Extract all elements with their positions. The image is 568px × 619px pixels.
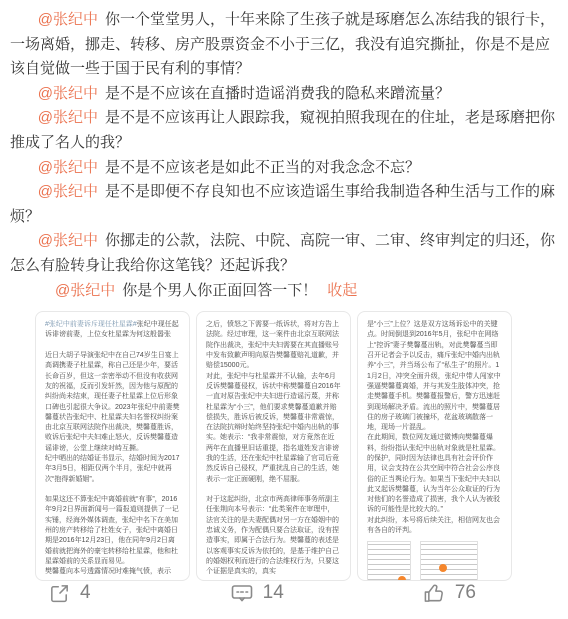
orange-logo-icon bbox=[439, 564, 447, 572]
like-count: 76 bbox=[455, 582, 476, 604]
paragraph-text: 是不是不应该在直播时造谣消费我的隐私来蹭流量？ bbox=[105, 85, 450, 102]
article-thumbnail-1[interactable]: #张纪中前妻诉斥现任杜星霖#张纪中现任起诉诽谤前妻，上位女杜星霖为何这般嚣张 近… bbox=[35, 311, 190, 581]
article-body: 近日大胡子导演张纪中在自己74岁生日宴上高调携妻子杜星霖，称自己还是少年，要活长… bbox=[45, 352, 180, 575]
share-icon bbox=[48, 582, 71, 605]
article-text: 之后，愤怒之下需要一纸诉状，将对方告上法院。经过审理，这一案件由北京互联网法院作… bbox=[206, 320, 341, 577]
paragraph-text: 你是个男人你正面回答一下！ bbox=[122, 282, 317, 299]
mention-link[interactable]: @张纪中 bbox=[38, 11, 98, 28]
like-button[interactable]: 76 bbox=[423, 582, 476, 605]
repost-button[interactable]: 4 bbox=[48, 582, 91, 605]
collapse-link[interactable]: 收起 bbox=[327, 282, 357, 299]
paragraph-text: 是不是不应该老是如此不正当的对我念念不忘？ bbox=[105, 159, 420, 176]
post-paragraph: @张纪中你挪走的公款，法院、中院、高院一审、二审、终审判定的归还，你怎么有脸转身… bbox=[10, 229, 558, 278]
article-text: #张纪中前妻诉斥现任杜星霖#张纪中现任起诉诽谤前妻，上位女杜星霖为何这般嚣张 近… bbox=[45, 320, 180, 577]
post-paragraph: @张纪中你是个男人你正面回答一下！收起 bbox=[10, 279, 558, 304]
mention-link[interactable]: @张纪中 bbox=[55, 282, 115, 299]
action-bar: 4 14 76 bbox=[0, 573, 568, 619]
comment-button[interactable]: 14 bbox=[230, 581, 284, 605]
hashtag-link: #张纪中前妻诉斥现任杜星霖# bbox=[45, 321, 137, 328]
mention-link[interactable]: @张纪中 bbox=[38, 85, 98, 102]
comment-icon bbox=[230, 581, 254, 605]
post-paragraph: @张纪中你一个堂堂男人，十年来除了生孩子就是琢磨怎么冻结我的银行卡，一场离婚，挪… bbox=[10, 8, 558, 82]
article-thumbnail-2[interactable]: 之后，愤怒之下需要一纸诉状，将对方告上法院。经过审理，这一案件由北京互联网法院作… bbox=[196, 311, 351, 581]
post-paragraph: @张纪中是不是不应该老是如此不正当的对我念念不忘？ bbox=[10, 156, 558, 181]
mention-link[interactable]: @张纪中 bbox=[38, 109, 98, 126]
post-text: @张纪中你一个堂堂男人，十年来除了生孩子就是琢磨怎么冻结我的银行卡，一场离婚，挪… bbox=[0, 0, 568, 303]
comment-count: 14 bbox=[263, 582, 284, 604]
mention-link[interactable]: @张纪中 bbox=[38, 159, 98, 176]
post-paragraph: @张纪中是不是即便不存良知也不应该造谣生事给我制造各种生活与工作的麻烦？ bbox=[10, 180, 558, 229]
attachment-thumbnails: #张纪中前妻诉斥现任杜星霖#张纪中现任起诉诽谤前妻，上位女杜星霖为何这般嚣张 近… bbox=[35, 311, 512, 581]
mention-link[interactable]: @张纪中 bbox=[38, 183, 98, 200]
thumbs-up-icon bbox=[423, 582, 446, 605]
article-thumbnail-3[interactable]: 是“小三”上位？这是双方这场诉讼中的关键点。时间倒退到2016年5月，张纪中在网… bbox=[357, 311, 512, 581]
repost-count: 4 bbox=[80, 582, 91, 604]
post-paragraph: @张纪中是不是不应该在直播时造谣消费我的隐私来蹭流量？ bbox=[10, 82, 558, 107]
mention-link[interactable]: @张纪中 bbox=[38, 232, 98, 249]
article-text: 是“小三”上位？这是双方这场诉讼中的关键点。时间倒退到2016年5月，张纪中在网… bbox=[367, 320, 502, 536]
post-paragraph: @张纪中是不是不应该再让人跟踪我，窥视拍照我现在的住址，老是琢磨把你推成了名人的… bbox=[10, 106, 558, 155]
